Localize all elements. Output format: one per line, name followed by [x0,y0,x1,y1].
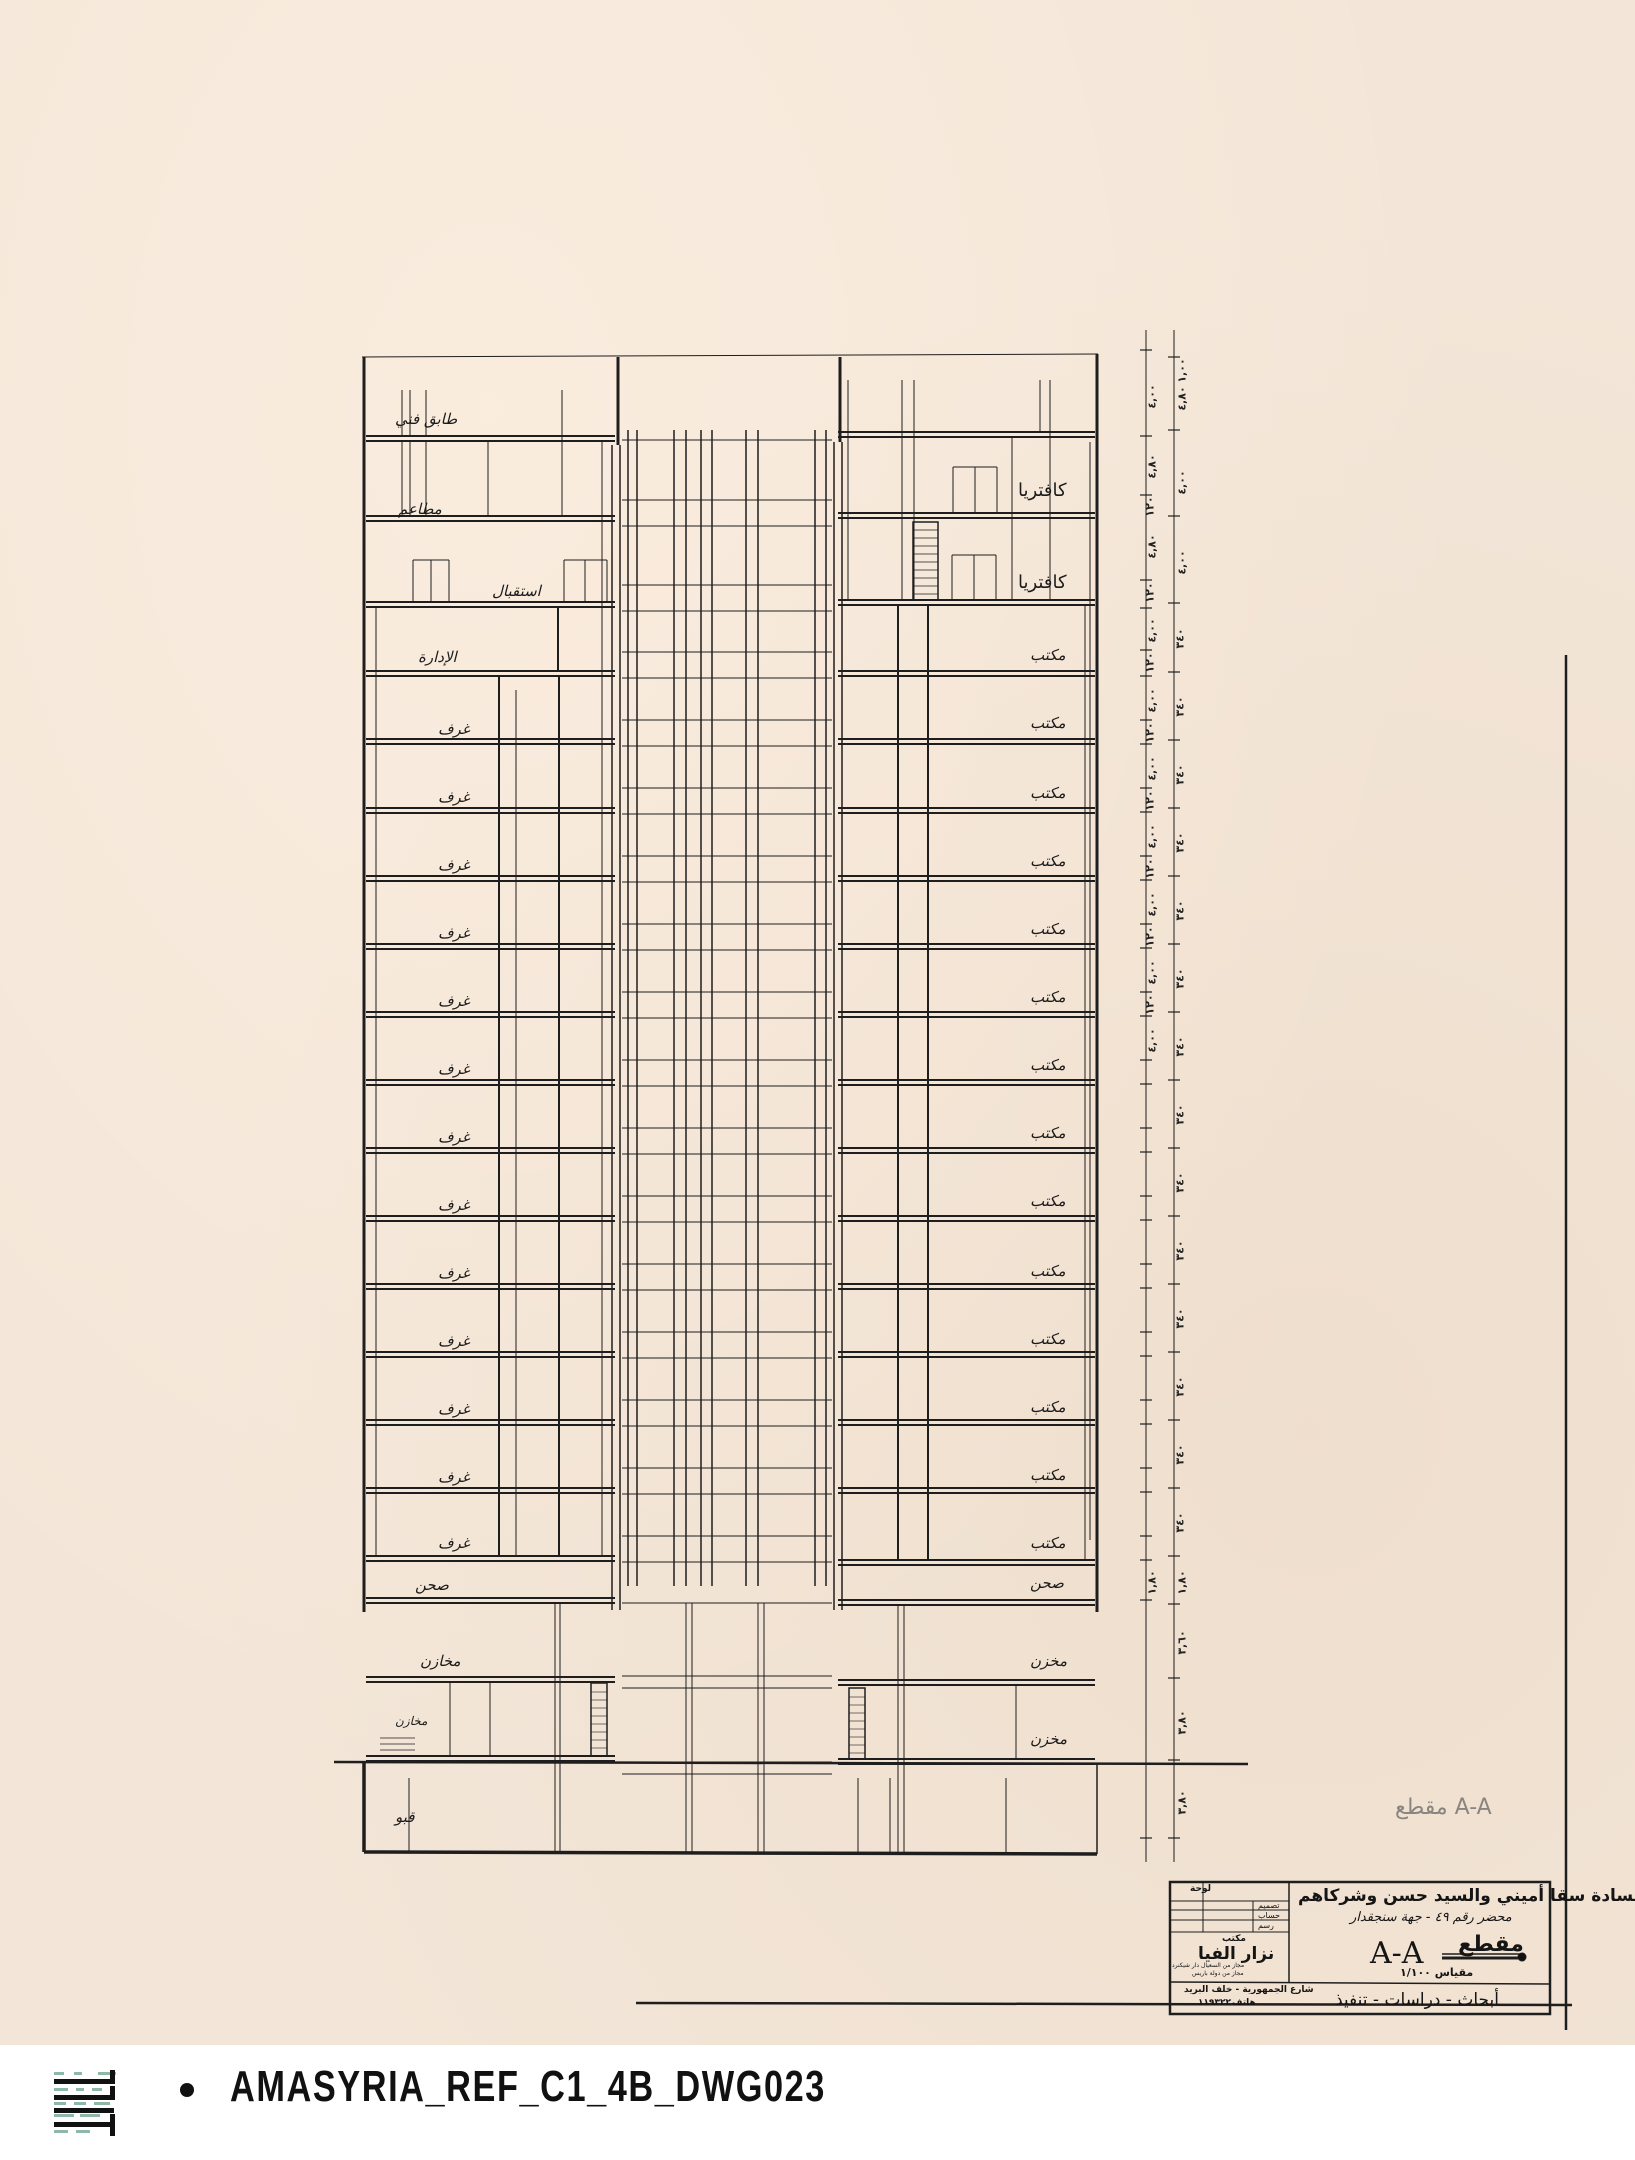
dimension-label: ٤,٨٠ [1146,454,1159,478]
dimension-label: ١٢٠ [1144,652,1157,672]
dimension-label: ٤,٠٠ [1146,384,1159,408]
role-design: تصميم [1258,1901,1280,1910]
building-section-drawing [0,0,1635,2045]
office-services: أبحاث - دراسات - تنفيذ [1335,1990,1499,2010]
caption-bullet [180,2083,194,2097]
dimension-label: ٣٤٠ [1174,628,1187,648]
dimension-label: ٣٤٠ [1174,1512,1187,1532]
room-label-rooms: غرف [438,1196,470,1214]
office-address: شارع الجمهورية - خلف البريد [1184,1985,1314,1995]
dimension-label: ٤,٨٠ [1176,386,1189,410]
room-label-office: مكتب [1030,852,1066,870]
room-label-rooms: غرف [438,788,470,806]
room-label-store: مخزن [1030,1652,1067,1670]
room-label-stores: مخازن [420,1652,461,1670]
room-label-office: مكتب [1030,1056,1066,1074]
dimension-label: ٤,٠٠ [1146,688,1159,712]
room-label-basement: قبو [395,1808,414,1826]
architect-credential-2: مجاز من دولة باريس [1192,1970,1244,1977]
room-label-rooms: غرف [438,1332,470,1350]
room-label-rooms: غرف [438,1264,470,1282]
dimension-label: ٤,٠٠ [1146,892,1159,916]
dimension-label: ٣٤٠ [1174,1104,1187,1124]
drawing-section-label: مقطع [1458,1932,1524,1957]
dimension-label: ٤,٠٠ [1176,550,1189,574]
dimension-label: ٣٤٠ [1174,900,1187,920]
room-label-rooms: غرف [438,1400,470,1418]
room-label-office: مكتب [1030,784,1066,802]
dimension-label: ١,٨٠ [1146,1570,1159,1594]
dimension-label: ٣٤٠ [1174,1240,1187,1260]
office-label: مكتب [1222,1934,1246,1944]
room-label-rooms: غرف [438,924,470,942]
dimension-label: ١٢٠ [1144,994,1157,1014]
room-label-rooms: غرف [438,1128,470,1146]
dimension-label: ٤,٠٠ [1176,470,1189,494]
architect-name: نزار الفيا [1198,1944,1274,1964]
archive-logo-icon [54,2070,118,2136]
room-label-technical-floor: طابق فني [395,410,457,428]
dimension-label: ١,٨٠ [1176,1570,1189,1594]
dimension-label: ٣,٦٠ [1176,1630,1189,1654]
dimension-label: ٣,٨٠ [1176,1790,1189,1814]
room-label-office: مكتب [1030,646,1066,664]
room-label-rooms: غرف [438,856,470,874]
project-plot: محضر رقم ٤٩ - جهة سنجقدار [1350,1910,1512,1925]
dimension-label: ١٢٠ [1144,722,1157,742]
room-label-sahn: صحن [415,1576,449,1594]
room-label-rooms: غرف [438,992,470,1010]
phone-label: هاتف [1232,1998,1256,2008]
dimension-label: ١٢٠ [1144,858,1157,878]
dimension-label: ٣٤٠ [1174,696,1187,716]
dimension-label: ٣٤٠ [1174,1036,1187,1056]
room-label-office: مكتب [1030,988,1066,1006]
dimension-label: ٤,٠٠ [1146,756,1159,780]
dimension-label: ١٢٠ [1144,582,1157,602]
room-label-office: مكتب [1030,1192,1066,1210]
architect-credential-1: مجاز من السعيال دار شيكنرد [1172,1962,1244,1969]
dimension-label: ١٢٠ [1144,926,1157,946]
room-label-stores-ground: مخازن [395,1714,427,1728]
dimension-label: ٣٤٠ [1174,1444,1187,1464]
dimension-label: ٣٤٠ [1174,1172,1187,1192]
room-label-administration: الإدارة [418,648,457,666]
room-label-rooms: غرف [438,1060,470,1078]
room-label-cafeteria: كافتريا [1018,480,1067,501]
drawing-scale: مقياس ١/١٠٠ [1400,1966,1473,1979]
role-calculation: حساب [1258,1911,1280,1920]
dimension-label: ٤,٨٠ [1146,534,1159,558]
dimension-label: ٤,٠٠ [1146,824,1159,848]
archive-reference-code: AMASYRIA_REF_C1_4B_DWG023 [230,2062,826,2112]
dimension-label: ٤,٠٠ [1146,960,1159,984]
room-label-office: مكتب [1030,920,1066,938]
dimension-label: ٣٤٠ [1174,764,1187,784]
room-label-office: مكتب [1030,714,1066,732]
dimension-label: ٤,٠٠ [1146,618,1159,642]
room-label-rooms: غرف [438,720,470,738]
room-label-cafeteria: كافتريا [1018,572,1067,593]
sheet-label: لوحة [1190,1884,1211,1894]
dimension-label: ١٢٠ [1144,496,1157,516]
room-label-office: مكتب [1030,1398,1066,1416]
room-label-office: مكتب [1030,1124,1066,1142]
room-label-office: مكتب [1030,1534,1066,1552]
room-label-rooms: غرف [438,1468,470,1486]
dimension-label: ٣,٨٠ [1176,1710,1189,1734]
dimension-label: ٤,٠٠ [1146,1028,1159,1052]
dimension-label: ٣٤٠ [1174,968,1187,988]
room-label-store-ground: مخزن [1030,1730,1067,1748]
dimension-label: ٣٤٠ [1174,1376,1187,1396]
project-title: بناء السادة سقا أميني والسيد حسن وشركاهم [1298,1886,1635,1906]
room-label-rooms: غرف [438,1534,470,1552]
dimension-label: ٣٤٠ [1174,832,1187,852]
room-label-office: مكتب [1030,1466,1066,1484]
dimension-label: ١٢٠ [1144,790,1157,810]
phone-number: ١١٩٣٢٢ [1198,1998,1231,2008]
pencil-section-note: مقطع A-A [1395,1795,1492,1820]
dimension-label: ١,٠٠ [1176,358,1189,382]
room-label-reception: استقبال [492,582,541,600]
room-label-restaurants: مطاعم [398,500,442,518]
room-label-office: مكتب [1030,1262,1066,1280]
room-label-sahn: صحن [1030,1574,1064,1592]
dimension-label: ٣٤٠ [1174,1308,1187,1328]
role-drafting: رسم [1258,1921,1274,1930]
room-label-office: مكتب [1030,1330,1066,1348]
